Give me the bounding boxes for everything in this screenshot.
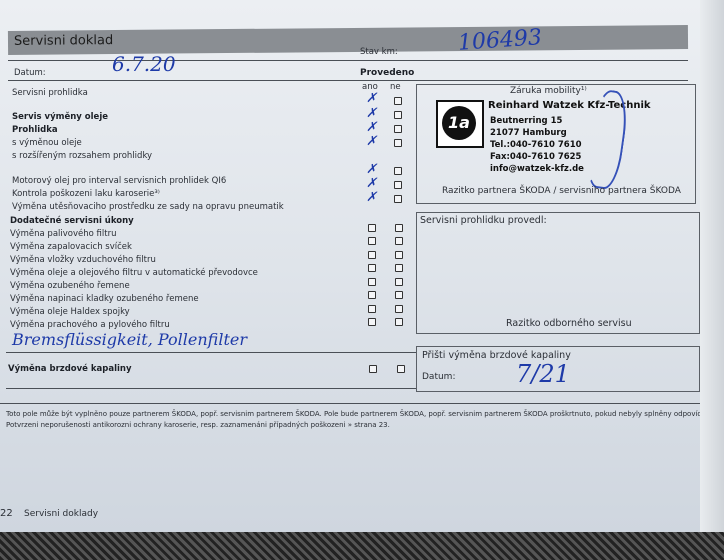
checkbox-ano-rozsireny[interactable]: ✗ (366, 134, 377, 149)
service-box-caption: Razitko odborného servisu (506, 318, 632, 329)
provedeno-header: Provedeno (360, 68, 414, 78)
page-header-bar: Servisni doklad (8, 25, 688, 55)
checkbox-ano-extra-5[interactable] (368, 291, 376, 299)
datum-label: Datum: (14, 68, 46, 78)
checkbox-ne-extra-6[interactable] (395, 305, 403, 313)
next-datum-label: Datum: (422, 372, 455, 382)
checkbox-ne-brake-fluid[interactable] (397, 365, 405, 373)
checkbox-ano-paint[interactable]: ✗ (366, 176, 377, 191)
stamp-city: 21077 Hamburg (490, 128, 567, 138)
footer-section: Servisni doklady (24, 509, 98, 519)
checkbox-ne-servis-vymeny-oleje[interactable] (394, 111, 402, 119)
datum-value[interactable]: 6.7.20 (112, 52, 176, 76)
extra-item-7: Výměna prachového a pylového filtru (10, 320, 170, 330)
checkbox-ano-prohlidka-s-vymenou[interactable]: ✗ (366, 120, 377, 135)
checkbox-ne-extra-3[interactable] (395, 264, 403, 272)
checkbox-ne-paint[interactable] (394, 181, 402, 189)
page-number: 22 (0, 508, 13, 519)
checkbox-ano-extra-6[interactable] (368, 305, 376, 313)
carbon-surface (0, 532, 724, 560)
checkbox-ne-extra-0[interactable] (395, 224, 403, 232)
s-vymenou-oleje-label: s výměnou oleje (12, 138, 82, 148)
checkbox-ne-extra-2[interactable] (395, 251, 403, 259)
zaruka-mobility-title: Záruka mobility¹⁾ (510, 86, 587, 96)
checkbox-ano-extra-0[interactable] (368, 224, 376, 232)
extra-item-2: Výměna vložky vzduchového filtru (10, 255, 156, 265)
stamp-company: Reinhard Watzek Kfz-Technik (488, 100, 651, 111)
servis-vymeny-oleje-label: Servis výměny oleje (12, 112, 108, 122)
checkbox-ne-rozsireny[interactable] (394, 139, 402, 147)
ne-header: ne (390, 82, 401, 92)
checkbox-ne-motor-oil[interactable] (394, 167, 402, 175)
extra-item-4: Výměna ozubeného řemene (10, 281, 130, 291)
checkbox-ano-extra-4[interactable] (368, 278, 376, 286)
extra-item-6: Výměna oleje Haldex spojky (10, 307, 130, 317)
motor-oil-label: Motorový olej pro interval servisnich pr… (12, 176, 226, 186)
checkbox-ne-extra-1[interactable] (395, 237, 403, 245)
extra-item-5: Výměna napinaci kladky ozubeného řemene (10, 294, 199, 304)
checkbox-ne-prohlidka-s-vymenou[interactable] (394, 125, 402, 133)
stav-km-value[interactable]: 106493 (457, 25, 543, 56)
checkbox-ne-extra-7[interactable] (395, 318, 403, 326)
checkbox-ne-extra-5[interactable] (395, 291, 403, 299)
footnote-2: Potvrzeni neporušenosti antikorozni ochr… (6, 421, 390, 429)
checkbox-ne-servisni-prohlidka[interactable] (394, 97, 402, 105)
checkbox-ano-brake-fluid[interactable] (369, 365, 377, 373)
extra-item-1: Výměna zapalovacich svíček (10, 242, 132, 252)
checkbox-ano-servis-vymeny-oleje[interactable]: ✗ (366, 106, 377, 121)
service-box-title: Servisni prohlidku provedl: (420, 215, 547, 226)
checkbox-ne-tyre-sealant[interactable] (394, 195, 402, 203)
stamp-tel: Tel.:040-7610 7610 (490, 140, 582, 150)
tyre-sealant-label: Výměna utěsňovaciho prostředku ze sady n… (12, 202, 284, 212)
next-datum-value[interactable]: 7/21 (516, 360, 570, 388)
s-rozsirenym-label: s rozšířeným rozsahem prohlidky (12, 151, 152, 161)
checkbox-ano-servisni-prohlidka[interactable]: ✗ (366, 91, 377, 106)
checkbox-ano-motor-oil[interactable]: ✗ (366, 162, 377, 177)
extra-item-3: Výměna oleje a olejového filtru v automa… (10, 268, 258, 278)
brake-fluid-label: Výměna brzdové kapaliny (8, 364, 132, 374)
extra-item-0: Výměna palivového filtru (10, 229, 116, 239)
stamp-logo: 1a (436, 100, 484, 148)
handwritten-note[interactable]: Bremsflüssigkeit, Pollenfilter (12, 330, 247, 349)
service-book-page: Servisni doklad Datum: 6.7.20 Stav km: 1… (0, 0, 700, 532)
paint-check-label: Kontrola poškozeni laku karoserie³⁾ (12, 189, 160, 199)
stamp-fax: Fax:040-7610 7625 (490, 152, 581, 162)
checkbox-ano-tyre-sealant[interactable]: ✗ (366, 190, 377, 205)
logo-1a-icon: 1a (442, 106, 476, 140)
servisni-prohlidka-label: Servisni prohlidka (12, 88, 88, 98)
prohlidka-label: Prohlidka (12, 125, 58, 135)
stamp-street: Beutnerring 15 (490, 116, 562, 126)
stamp-email: info@watzek-kfz.de (490, 164, 584, 174)
service-stamp-box (416, 212, 700, 334)
page-title: Servisni doklad (14, 33, 113, 49)
book-spine (700, 0, 724, 532)
checkbox-ano-extra-7[interactable] (368, 318, 376, 326)
checkbox-ano-extra-2[interactable] (368, 251, 376, 259)
checkbox-ne-extra-4[interactable] (395, 278, 403, 286)
stamp-caption: Razitko partnera ŠKODA / servisniho part… (442, 186, 681, 196)
dodatecne-heading: Dodatečné servisni úkony (10, 216, 134, 226)
footnote-1: Toto pole může být vyplněno pouze partne… (6, 410, 724, 418)
checkbox-ano-extra-3[interactable] (368, 264, 376, 272)
stav-km-label: Stav km: (360, 47, 398, 57)
checkbox-ano-extra-1[interactable] (368, 237, 376, 245)
